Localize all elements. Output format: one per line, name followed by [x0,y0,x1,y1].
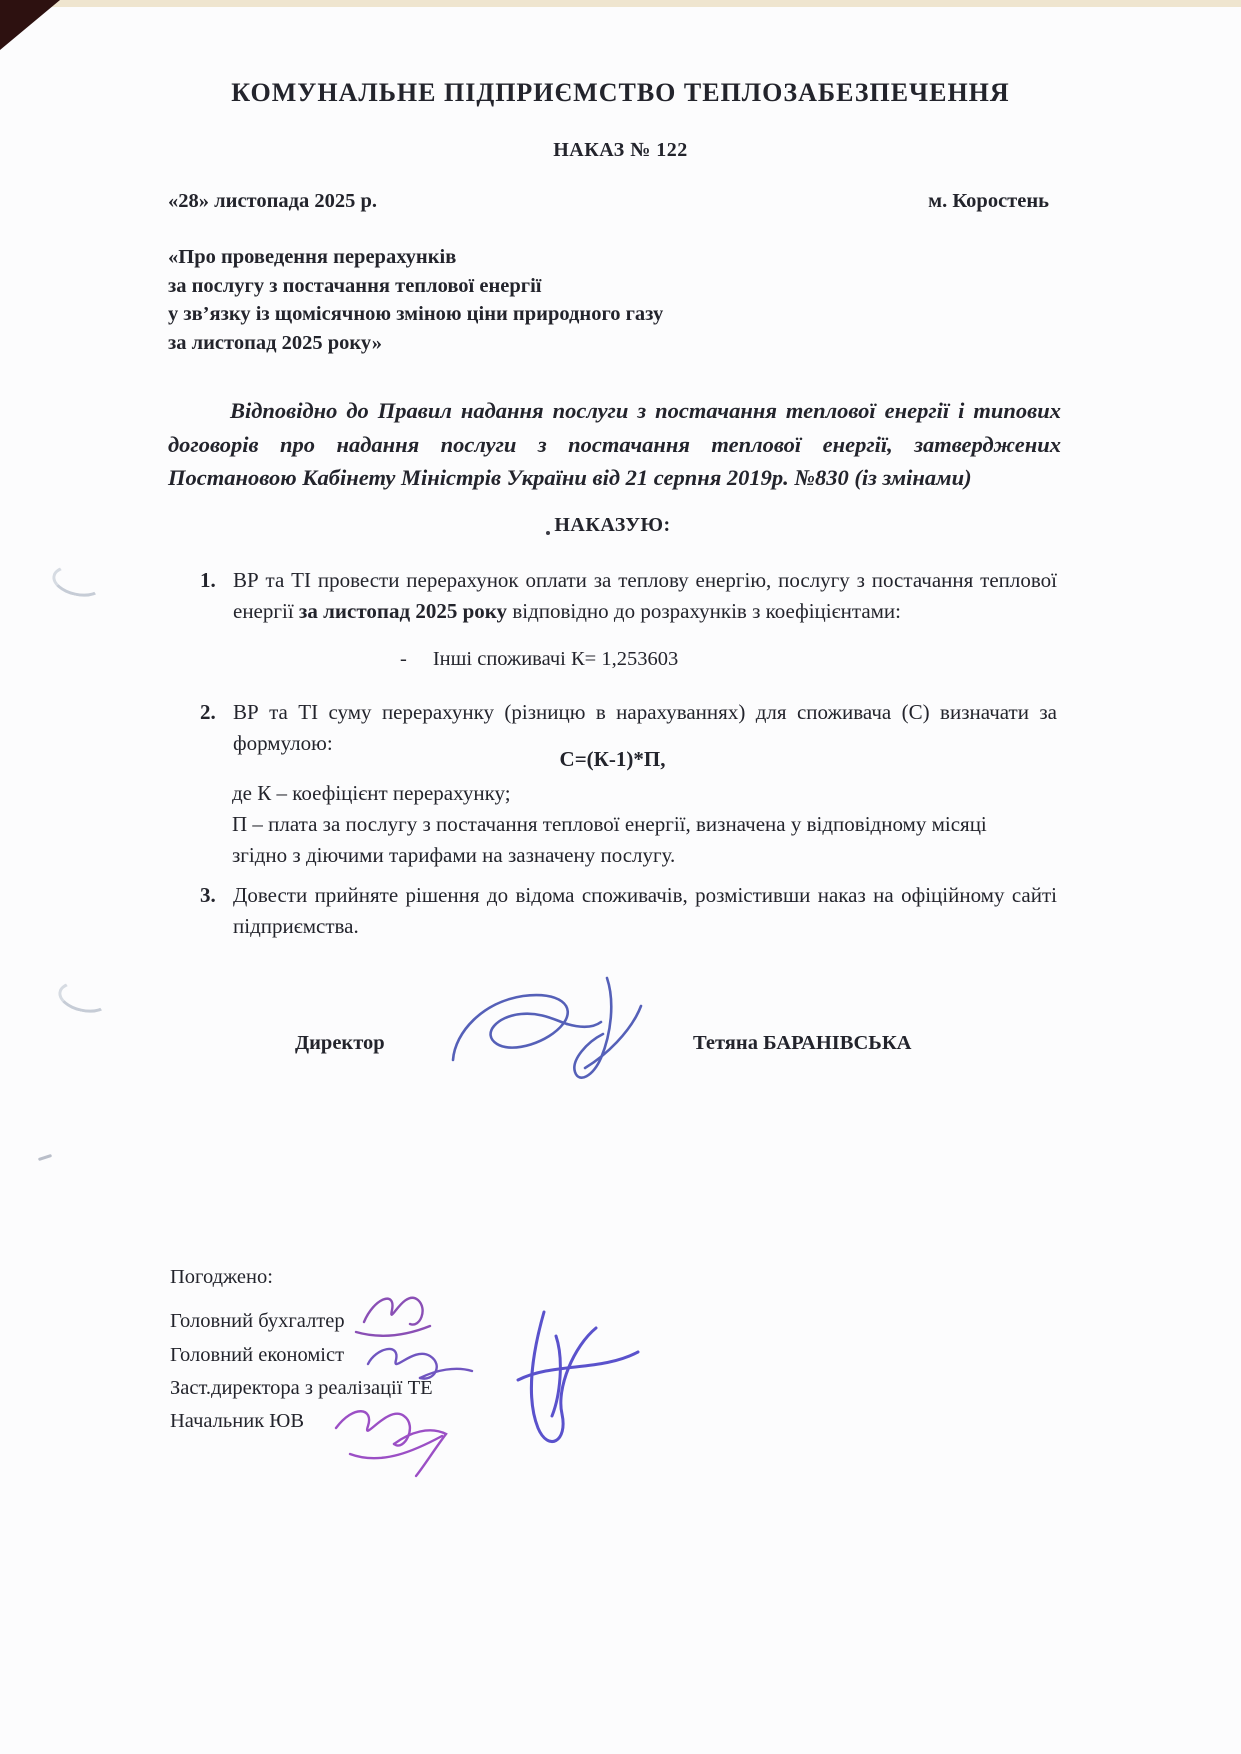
order-number: НАКАЗ № 122 [0,139,1241,162]
recalc-formula: С=(К-1)*П, [168,747,1057,772]
subject-line: за послугу з постачання теплової енергії [168,272,888,301]
scan-dot-artifact [546,531,550,535]
approval-heading: Погоджено: [170,1266,273,1289]
scan-top-edge [0,0,1241,7]
date-city-row: «28» листопада 2025 р. м. Коростень [168,190,1049,213]
explanation-line: П – плата за послугу з постачання теплов… [232,809,1073,840]
item-number: 1. [200,565,233,627]
explanation-line: де К – коефіцієнт перерахунку; [232,778,1073,809]
item1-text-bold: за листопад 2025 року [299,599,507,623]
item-text: Довести прийняте рішення до відома спожи… [233,880,1057,942]
explanation-line: згідно з діючими тарифами на зазначену п… [232,840,1073,871]
subject-line: за листопад 2025 року» [168,329,888,358]
accountant-signature [356,1298,430,1336]
formula-explanation: де К – коефіцієнт перерахунку; П – плата… [232,778,1073,871]
bullet-dash: - [400,648,407,670]
order-subject: «Про проведення перерахунків за послугу … [168,243,888,357]
order-item-3: 3. Довести прийняте рішення до відома сп… [200,880,1057,942]
deputy-director-signature [518,1312,638,1442]
item-text: ВР та ТІ провести перерахунок оплати за … [233,565,1057,627]
head-legal-signature [336,1411,446,1476]
economist-signature [368,1349,472,1379]
subject-line: у зв’язку із щомісячною зміною ціни прир… [168,300,888,329]
order-date: «28» листопада 2025 р. [168,190,377,213]
item-number: 3. [200,880,233,942]
order-city: м. Коростень [928,190,1049,213]
decree-word: НАКАЗУЮ: [0,514,1225,537]
folded-corner-artifact [0,0,60,50]
hole-punch-mark [55,977,112,1017]
coefficient-line: -Інші споживачі К= 1,253603 [400,648,678,671]
approver-role-head-legal: Начальник ЮВ [170,1410,304,1433]
legal-preamble: Відповідно до Правил надання послуги з п… [168,394,1061,495]
order-item-1: 1. ВР та ТІ провести перерахунок оплати … [200,565,1057,627]
company-title: КОМУНАЛЬНЕ ПІДПРИЄМСТВО ТЕПЛОЗАБЕЗПЕЧЕНН… [0,78,1241,108]
approval-signatures [312,1276,652,1486]
item1-text-post: відповідно до розрахунків з коефіцієнтам… [507,599,901,623]
subject-line: «Про проведення перерахунків [168,243,888,272]
director-signature [435,972,680,1094]
scanned-order-page: КОМУНАЛЬНЕ ПІДПРИЄМСТВО ТЕПЛОЗАБЕЗПЕЧЕНН… [0,0,1241,1754]
hole-punch-mark [49,561,106,601]
scan-speck [38,1154,52,1161]
director-name: Тетяна БАРАНІВСЬКА [693,1032,911,1055]
coefficient-text: Інші споживачі К= 1,253603 [433,648,678,670]
director-role-label: Директор [295,1032,385,1055]
